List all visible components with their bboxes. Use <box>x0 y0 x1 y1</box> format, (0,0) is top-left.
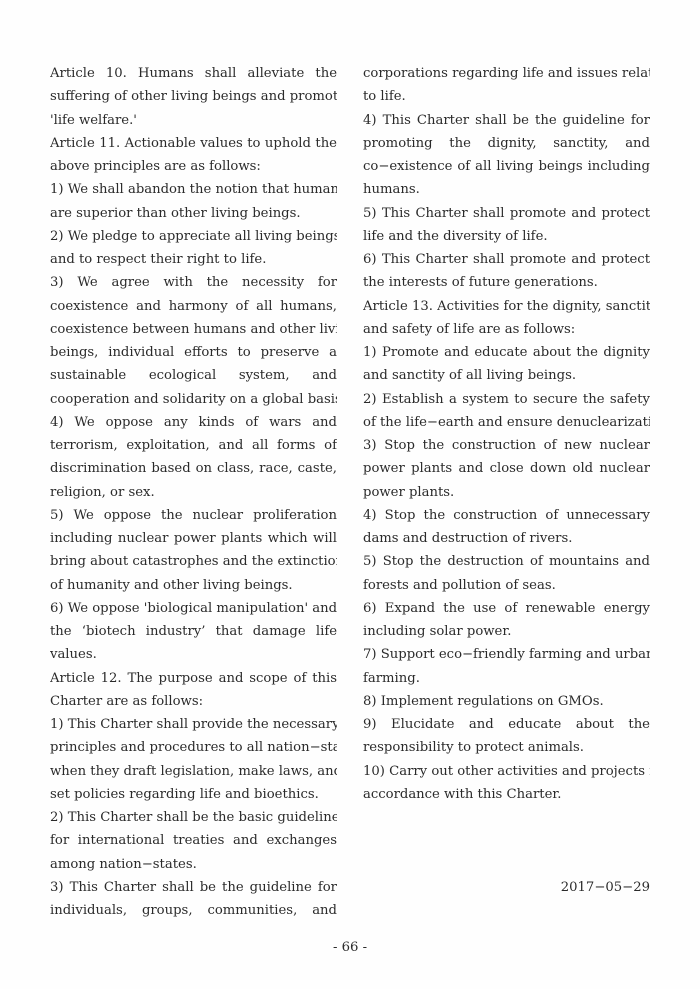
text-line: accordance with this Charter. <box>363 783 650 806</box>
text-line: discrimination based on class, race, cas… <box>50 457 337 480</box>
text-line: 4) Stop the construction of unnecessary <box>363 504 650 527</box>
text-line: to life. <box>363 85 650 108</box>
text-line: individuals, groups, communities, and <box>50 899 337 922</box>
right-column: corporations regarding life and issues r… <box>363 62 650 806</box>
text-line: Article 12. The purpose and scope of thi… <box>50 667 337 690</box>
text-line: Charter are as follows: <box>50 690 337 713</box>
text-line: 7) Support eco−friendly farming and urba… <box>363 643 650 666</box>
text-line: values. <box>50 643 337 666</box>
text-line: 2) Establish a system to secure the safe… <box>363 388 650 411</box>
text-line: power plants and close down old nuclear <box>363 457 650 480</box>
text-line: for international treaties and exchanges <box>50 829 337 852</box>
text-line: suffering of other living beings and pro… <box>50 85 337 108</box>
text-line: 4) We oppose any kinds of wars and <box>50 411 337 434</box>
text-line: 10) Carry out other activities and proje… <box>363 760 650 783</box>
text-line: 5) We oppose the nuclear proliferation <box>50 504 337 527</box>
text-line: farming. <box>363 667 650 690</box>
text-line: 2) We pledge to appreciate all living be… <box>50 225 337 248</box>
text-line: humans. <box>363 178 650 201</box>
text-line: coexistence between humans and other liv… <box>50 318 337 341</box>
text-line: sustainable ecological system, and <box>50 364 337 387</box>
text-line: life and the diversity of life. <box>363 225 650 248</box>
text-line: are superior than other living beings. <box>50 202 337 225</box>
text-line: coexistence and harmony of all humans, <box>50 295 337 318</box>
text-line: Article 10. Humans shall alleviate the <box>50 62 337 85</box>
text-line: and safety of life are as follows: <box>363 318 650 341</box>
text-line: bring about catastrophes and the extinct… <box>50 550 337 573</box>
text-line: 8) Implement regulations on GMOs. <box>363 690 650 713</box>
text-line: the interests of future generations. <box>363 271 650 294</box>
text-line: 3) This Charter shall be the guideline f… <box>50 876 337 899</box>
text-line: dams and destruction of rivers. <box>363 527 650 550</box>
text-line: of the life−earth and ensure denucleariz… <box>363 411 650 434</box>
text-line: religion, or sex. <box>50 481 337 504</box>
text-line: beings, individual efforts to preserve a <box>50 341 337 364</box>
text-line: including nuclear power plants which wil… <box>50 527 337 550</box>
text-line: principles and procedures to all nation−… <box>50 736 337 759</box>
text-line: 4) This Charter shall be the guideline f… <box>363 109 650 132</box>
document-date: 2017−05−29 <box>561 876 650 899</box>
text-line: and sanctity of all living beings. <box>363 364 650 387</box>
text-line: Article 11. Actionable values to uphold … <box>50 132 337 155</box>
text-line: of humanity and other living beings. <box>50 574 337 597</box>
text-line: terrorism, exploitation, and all forms o… <box>50 434 337 457</box>
text-line: corporations regarding life and issues r… <box>363 62 650 85</box>
text-line: and to respect their right to life. <box>50 248 337 271</box>
text-line: among nation−states. <box>50 853 337 876</box>
text-line: set policies regarding life and bioethic… <box>50 783 337 806</box>
text-line: power plants. <box>363 481 650 504</box>
text-line: Article 13. Activities for the dignity, … <box>363 295 650 318</box>
text-line: 2) This Charter shall be the basic guide… <box>50 806 337 829</box>
text-line: 6) We oppose 'biological manipulation' a… <box>50 597 337 620</box>
text-line: 3) We agree with the necessity for <box>50 271 337 294</box>
text-line: 1) We shall abandon the notion that huma… <box>50 178 337 201</box>
document-page: Article 10. Humans shall alleviate thesu… <box>0 0 700 989</box>
text-line: 5) Stop the destruction of mountains and <box>363 550 650 573</box>
text-line: 1) Promote and educate about the dignity <box>363 341 650 364</box>
text-line: promoting the dignity, sanctity, and <box>363 132 650 155</box>
text-line: cooperation and solidarity on a global b… <box>50 388 337 411</box>
text-line: 1) This Charter shall provide the necess… <box>50 713 337 736</box>
text-line: including solar power. <box>363 620 650 643</box>
text-line: 6) Expand the use of renewable energy <box>363 597 650 620</box>
left-column: Article 10. Humans shall alleviate thesu… <box>50 62 337 922</box>
text-line: 5) This Charter shall promote and protec… <box>363 202 650 225</box>
text-line: 6) This Charter shall promote and protec… <box>363 248 650 271</box>
text-line: 'life welfare.' <box>50 109 337 132</box>
text-line: responsibility to protect animals. <box>363 736 650 759</box>
page-number: - 66 - <box>0 938 700 958</box>
text-line: co−existence of all living beings includ… <box>363 155 650 178</box>
text-line: forests and pollution of seas. <box>363 574 650 597</box>
text-line: 9) Elucidate and educate about the <box>363 713 650 736</box>
text-line: when they draft legislation, make laws, … <box>50 760 337 783</box>
text-line: 3) Stop the construction of new nuclear <box>363 434 650 457</box>
text-line: above principles are as follows: <box>50 155 337 178</box>
text-line: the ‘biotech industry’ that damage life <box>50 620 337 643</box>
